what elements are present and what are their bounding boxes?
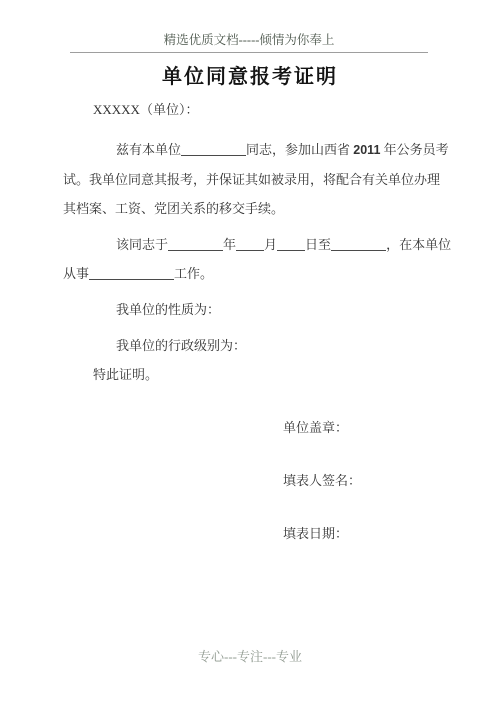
text-run: 该同志于 <box>116 237 168 252</box>
document-line: 我单位的性质为： <box>63 295 437 324</box>
document-line: 我单位的行政级别为： <box>63 331 437 360</box>
text-run: 填表人签名： <box>283 473 361 488</box>
document-line: 试。我单位同意其报考，并保证其如被录用，将配合有关单位办理 <box>63 165 437 194</box>
text-run: 同志，参加山西省 <box>246 142 353 157</box>
fill-in-blank <box>277 238 305 251</box>
document-body: XXXXX（单位）：兹有本单位同志，参加山西省 2011 年公务员考试。我单位同… <box>63 95 437 548</box>
text-run: 填表日期： <box>283 526 348 541</box>
document-footer: 专心---专注---专业 <box>0 646 500 665</box>
text-run: 单位盖章： <box>283 420 348 435</box>
document-header: 精选优质文档-----倾情为你奉上 <box>70 33 428 53</box>
document-line: 兹有本单位同志，参加山西省 2011 年公务员考 <box>63 135 437 165</box>
document-line: 从事工作。 <box>63 259 437 288</box>
document-page: 精选优质文档-----倾情为你奉上 单位同意报考证明 XXXXX（单位）：兹有本… <box>0 0 500 707</box>
text-run: 我单位的性质为： <box>116 302 220 317</box>
document-line: 填表人签名： <box>63 466 437 495</box>
text-run: 兹有本单位 <box>116 142 181 157</box>
document-line: 特此证明。 <box>63 360 437 389</box>
fill-in-blank <box>236 238 264 251</box>
text-run: 特此证明。 <box>93 367 158 382</box>
fill-in-blank <box>168 238 223 251</box>
document-line: 单位盖章： <box>63 413 437 442</box>
text-run: 从事 <box>63 266 89 281</box>
fill-in-blank <box>331 238 386 251</box>
text-run: 试。我单位同意其报考，并保证其如被录用，将配合有关单位办理 <box>63 172 440 187</box>
text-run: 工作。 <box>174 266 213 281</box>
text-run: ，在本单位 <box>386 237 451 252</box>
text-run: XXXXX（单位）： <box>93 102 198 117</box>
fill-in-blank <box>89 267 174 280</box>
document-line: 填表日期： <box>63 519 437 548</box>
text-run: 其档案、工资、党团关系的移交手续。 <box>63 201 284 216</box>
fill-in-blank <box>181 143 246 156</box>
text-run: 年 <box>223 237 236 252</box>
document-line: 该同志于年月日至，在本单位 <box>63 230 437 259</box>
text-run: 2011 <box>353 143 380 157</box>
document-line: 其档案、工资、党团关系的移交手续。 <box>63 194 437 223</box>
text-run: 日至 <box>305 237 331 252</box>
document-line: XXXXX（单位）： <box>63 95 437 124</box>
text-run: 年公务员考 <box>380 142 448 157</box>
text-run: 月 <box>264 237 277 252</box>
text-run: 我单位的行政级别为： <box>116 338 246 353</box>
document-title: 单位同意报考证明 <box>0 60 500 89</box>
